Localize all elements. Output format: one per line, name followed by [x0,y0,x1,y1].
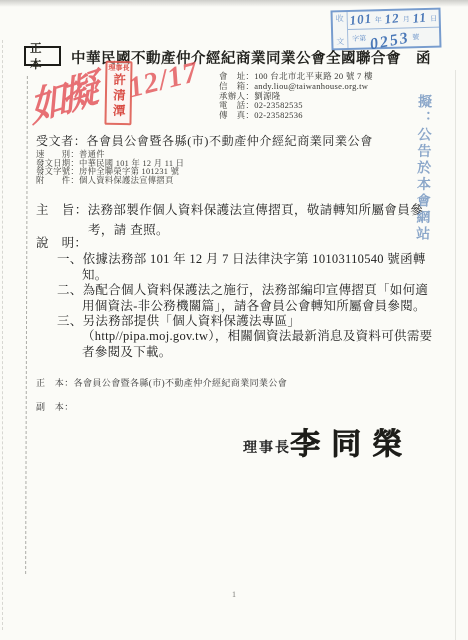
scan-edge-left [2,40,3,630]
seal-title: 理事長 [108,64,129,72]
signature-name-calligraphy: 李同榮 [290,419,413,463]
month-unit: 月 [403,14,410,24]
serial-prefix: 字第 [352,33,366,43]
subject-label: 主 旨： [36,203,88,217]
distribution-original: 正 本：各會員公會暨各縣(市)不動產仲介經紀商業同業公會 [36,376,287,389]
received-stamp-body: 101 年 12 月 11 日 字第 0253 號 [348,10,440,48]
meta-row-attachment: 附 件：個人資料保護法宣傳摺頁 [36,177,184,186]
subject-text: 法務部製作個人資料保護法宣傳摺頁，敬請轉知所屬會員參考，請 查照。 [88,203,423,237]
subject-section: 主 旨：法務部製作個人資料保護法宣傳摺頁，敬請轉知所屬會員參考，請 查照。 [36,200,444,240]
explanation-item-2: 二、為配合個人資料保護法之施行，法務部編印宣傳摺頁「如何適用個資法-非公務機關篇… [57,283,438,314]
chairman-seal-stamp: 理事長 許清潭 [104,61,132,125]
contact-row-fax: 傳 真：02-23582536 [219,111,373,121]
contact-info-block: 會 址：100 台北市北平東路 20 號 7 樓 信 箱：andy.liou@t… [219,72,373,121]
document-type-letter: 函 [416,51,431,67]
document-meta-block: 速 別：普通件 發文日期：中華民國 101 年 12 月 11 日 發文字號：房… [36,151,184,185]
received-year-handwritten: 101 [348,10,372,28]
seal-name: 許清潭 [109,73,128,120]
page-number: 1 [0,590,468,599]
signature-title: 理事長 [243,437,291,457]
explanation-section: 說 明： 一、依據法務部 101 年 12 月 7 日法律決字第 1010311… [36,236,408,360]
recipient-label: 受文者： [36,134,86,148]
explanation-item-3: 三、另法務部提供「個人資料保護法專區」（http//pipa.moj.gov.t… [57,314,438,360]
recipient-value: 各會員公會暨各縣(市)不動產仲介經紀商業同業公會 [86,134,372,148]
explanation-label: 說 明： [36,236,408,251]
original-copy-label: 正本 [30,40,59,72]
scan-edge-top [0,0,468,7]
received-stamp-char-top: 收 [336,14,344,23]
received-stamp-serial-row: 字第 0253 號 [348,28,439,47]
received-stamp-date-row: 101 年 12 月 11 日 [348,10,439,30]
recipient-line: 受文者：各會員公會暨各縣(市)不動產仲介經紀商業同業公會 [36,132,373,149]
original-copy-label-box: 正本 [24,46,61,66]
received-date-stamp: 收 文 101 年 12 月 11 日 字第 0253 號 [330,8,441,51]
scanned-official-letter: 收 文 101 年 12 月 11 日 字第 0253 號 正本 中華民國不動產… [0,0,468,640]
received-day-handwritten: 11 [412,9,428,27]
received-stamp-column: 收 文 [333,12,349,48]
distribution-copy: 副 本： [36,400,287,413]
day-unit: 日 [430,13,437,23]
received-month-handwritten: 12 [384,10,401,28]
received-stamp-char-bottom: 文 [336,37,344,46]
year-unit: 年 [375,15,382,25]
serial-unit: 號 [412,32,419,42]
left-dotted-fold-line [25,76,28,574]
distribution-block: 正 本：各會員公會暨各縣(市)不動產仲介經紀商業同業公會 副 本： [36,376,287,424]
explanation-item-1: 一、依據法務部 101 年 12 月 7 日法律決字第 10103110540 … [57,252,438,283]
scan-edge-right [455,70,456,640]
